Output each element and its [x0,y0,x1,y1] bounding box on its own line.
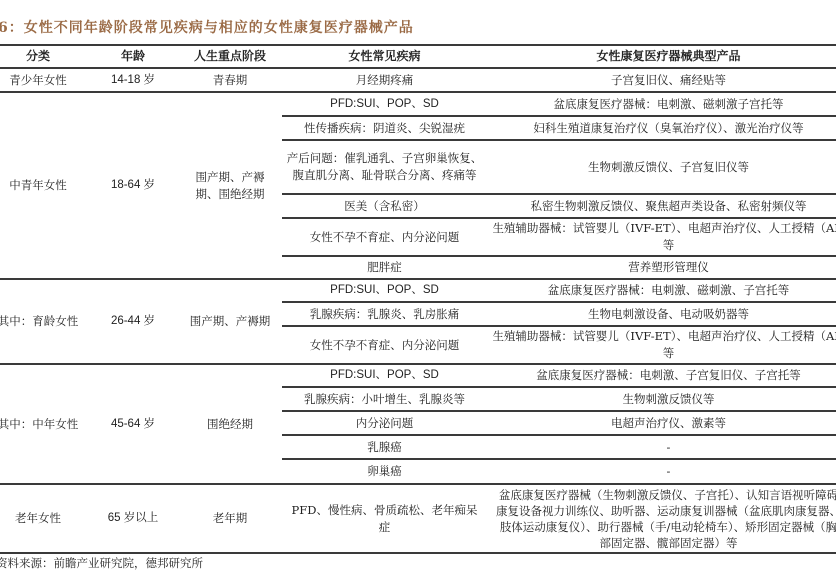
products-cell: - [487,459,836,484]
disease-cell: PFD:SUI、POP、SD [282,92,487,116]
disease-cell: 性传播疾病：阴道炎、尖锐湿疣 [282,116,487,140]
source-note: 资料来源：前瞻产业研究院，德邦研究所 [0,555,203,571]
products-cell: 子宫复旧仪、痛经贴等 [487,68,836,92]
disease-cell: 乳腺癌 [282,435,487,459]
products-cell: 盆底康复医疗器械（生物刺激反馈仪、子宫托）、认知言语视听障碍康复设备视力训练仪、… [487,484,836,553]
stage-cell: 围产期、产褥期、围绝经期 [178,92,282,279]
category-cell: 其中：中年女性 [0,364,88,484]
products-cell: 营养塑形管理仪 [487,256,836,279]
disease-cell: 卵巢癌 [282,459,487,484]
products-cell: 生殖辅助器械：试管婴儿（IVF-ET）、电超声治疗仪、人工授精（AI）等 [487,326,836,364]
stage-cell: 围产期、产褥期 [178,279,282,364]
table-row: 青少年女性 14-18 岁 青春期 月经期疼痛 子宫复旧仪、痛经贴等 [0,68,836,92]
age-cell: 45-64 岁 [88,364,178,484]
products-cell: 盆底康复医疗器械：电刺激、磁刺激子宫托等 [487,92,836,116]
disease-cell: 月经期疼痛 [282,68,487,92]
products-table: 分类 年龄 人生重点阶段 女性常见疾病 女性康复医疗器械典型产品 青少年女性 1… [0,44,836,554]
disease-cell: 女性不孕不育症、内分泌问题 [282,218,487,256]
header-stage: 人生重点阶段 [178,45,282,68]
products-cell: 电超声治疗仪、激素等 [487,411,836,435]
disease-cell: 内分泌问题 [282,411,487,435]
category-cell: 中青年女性 [0,92,88,279]
products-cell: 妇科生殖道康复治疗仪（臭氧治疗仪）、激光治疗仪等 [487,116,836,140]
disease-cell: PFD:SUI、POP、SD [282,279,487,302]
products-cell: 盆底康复医疗器械：电刺激、子宫复旧仪、子宫托等 [487,364,836,387]
disease-cell: 乳腺疾病：小叶增生、乳腺炎等 [282,387,487,411]
products-cell: 生殖辅助器械：试管婴儿（IVF-ET）、电超声治疗仪、人工授精（AI）等 [487,218,836,256]
table-title: 6：女性不同年龄阶段常见疾病与相应的女性康复医疗器械产品 [0,17,414,37]
age-cell: 65 岁以上 [88,484,178,553]
disease-cell: PFD:SUI、POP、SD [282,364,487,387]
stage-cell: 老年期 [178,484,282,553]
header-disease: 女性常见疾病 [282,45,487,68]
stage-cell: 青春期 [178,68,282,92]
disease-cell: PFD、慢性病、骨质疏松、老年痴呆症 [282,484,487,553]
products-cell: 生物电刺激设备、电动吸奶器等 [487,302,836,326]
products-cell: 生物刺激反馈仪等 [487,387,836,411]
header-row: 分类 年龄 人生重点阶段 女性常见疾病 女性康复医疗器械典型产品 [0,45,836,68]
products-cell: 盆底康复医疗器械：电刺激、磁刺激、子宫托等 [487,279,836,302]
disease-cell: 女性不孕不育症、内分泌问题 [282,326,487,364]
age-cell: 14-18 岁 [88,68,178,92]
table-row: 中青年女性 18-64 岁 围产期、产褥期、围绝经期 PFD:SUI、POP、S… [0,92,836,116]
disease-cell: 医美（含私密） [282,194,487,218]
age-cell: 18-64 岁 [88,92,178,279]
category-cell: 其中：育龄女性 [0,279,88,364]
products-cell: 私密生物刺激反馈仪、聚焦超声类设备、私密射频仪等 [487,194,836,218]
stage-cell: 围绝经期 [178,364,282,484]
table-row: 老年女性 65 岁以上 老年期 PFD、慢性病、骨质疏松、老年痴呆症 盆底康复医… [0,484,836,553]
table-row: 其中：中年女性 45-64 岁 围绝经期 PFD:SUI、POP、SD 盆底康复… [0,364,836,387]
disease-cell: 肥胖症 [282,256,487,279]
category-cell: 青少年女性 [0,68,88,92]
disease-cell: 乳腺疾病：乳腺炎、乳房胀痛 [282,302,487,326]
age-cell: 26-44 岁 [88,279,178,364]
header-category: 分类 [0,45,88,68]
table-row: 其中：育龄女性 26-44 岁 围产期、产褥期 PFD:SUI、POP、SD 盆… [0,279,836,302]
header-products: 女性康复医疗器械典型产品 [487,45,836,68]
header-age: 年龄 [88,45,178,68]
products-cell: - [487,435,836,459]
disease-cell: 产后问题：催乳通乳、子宫卵巢恢复、腹直肌分离、耻骨联合分离、疼痛等 [282,140,487,194]
products-cell: 生物刺激反馈仪、子宫复旧仪等 [487,140,836,194]
category-cell: 老年女性 [0,484,88,553]
